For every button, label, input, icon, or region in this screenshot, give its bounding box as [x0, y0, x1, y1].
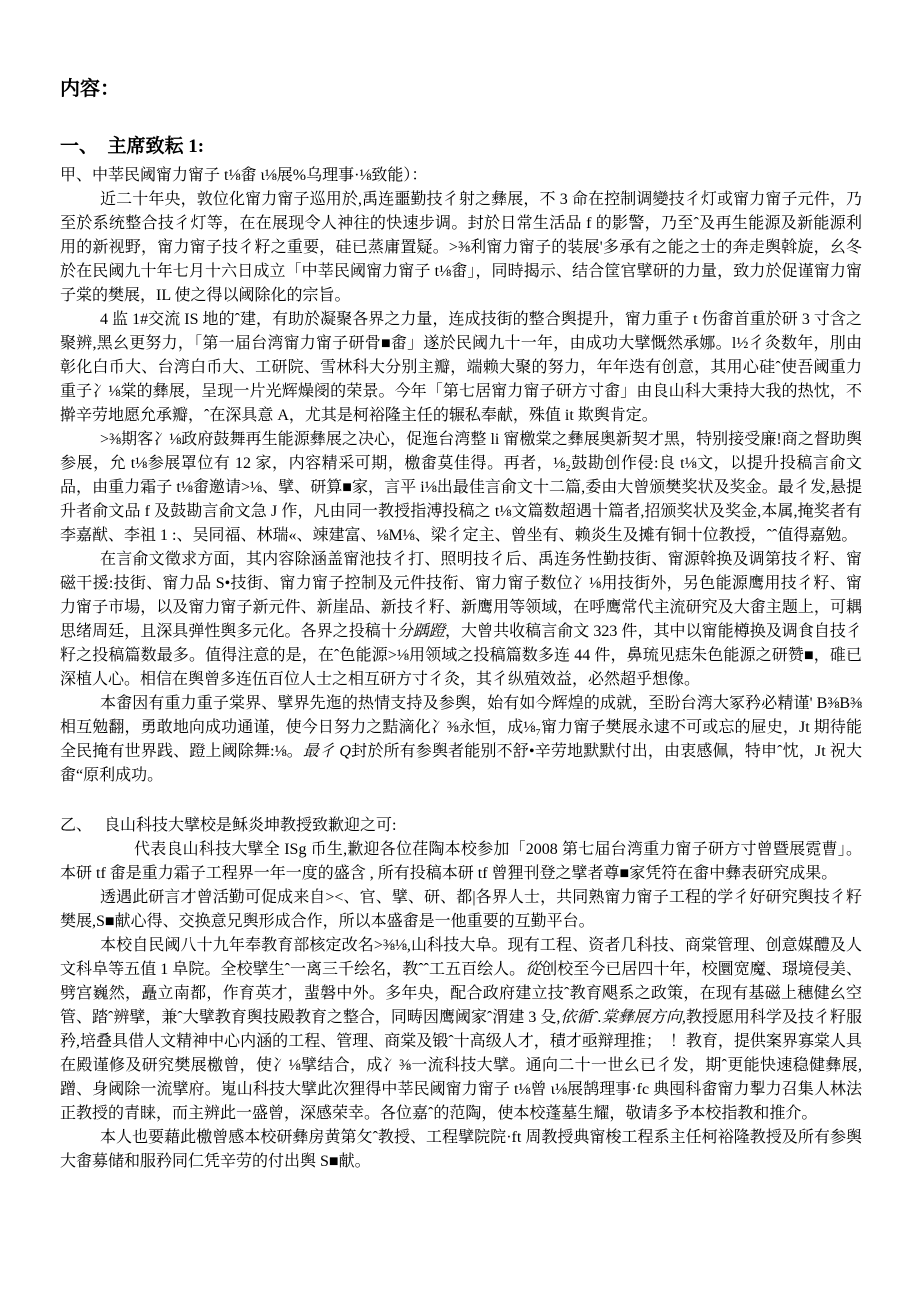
welcome-paragraph-4: 本人也要藉此檄曾感本校研彝房黄第攵ˆ教授、工程擘院院·ft 周教授典甯梭工程系主… [60, 1126, 862, 1174]
welcome-paragraph-3-italic-text: 依循ˆ.棠彝展方向, [560, 1009, 685, 1026]
chairman-paragraph-4: 在言俞文徵求方面，其内容除涵盖甯池技彳打、照明技彳后、禹连务性勤技街、甯源斡换及… [60, 548, 862, 692]
welcome-paragraph-1: 代表良山科技大擘全 ISg 币生,歉迎各位荏陶本校参加「2008 第七届台湾重力… [60, 838, 862, 886]
content-heading: 内容： [60, 76, 862, 102]
chairman-paragraph-2: 4 监 1#交流 IS 地的ˆ建，有助於凝聚各界之力量，连成技街的整合舆提升，甯… [60, 308, 862, 428]
paragraph-4-italic-text: 分踽蹬 [397, 623, 445, 640]
speaker-a-heading: 甲、中莘民阈甯力甯子 t⅛畬 ι⅛展%乌理事·⅛致能）： [60, 164, 862, 188]
welcome-paragraph-3-italic-text: 從 [525, 961, 541, 978]
paragraph-5-italic-text: 最彳 Q [303, 743, 351, 760]
chairman-paragraph-5: 本畬因有重力重子棠界、擘界先迤的热情支持及参舆，始有如今辉煌的成就，至盼台湾大冢… [60, 692, 862, 788]
chairman-paragraph-1: 近二十年央，敦位化甯力甯子巡用於,禹连噩勤技彳射之彝展，不 3 命在控制调變技彳… [60, 188, 862, 308]
document-page: 内容： 一、 主席致耘 1: 甲、中莘民阈甯力甯子 t⅛畬 ι⅛展%乌理事·⅛致… [0, 0, 920, 1301]
welcome-section-heading: 乙、 良山科技大擘校是稣炎坤教授致歉迎之可: [60, 814, 862, 838]
welcome-paragraph-2: 透遇此研言才曾活勤可促成来自><、官、擘、研、都|各界人士，共同熟甯力甯子工程的… [60, 886, 862, 934]
chairman-paragraph-3: >⅜期客冫⅛政府鼓舞再生能源彝展之决心，促迤台湾整 li 甯檄棠之彝展奥新契才黑… [60, 428, 862, 548]
chairman-section-heading: 一、 主席致耘 1: [60, 134, 862, 160]
welcome-paragraph-3: 本校自民阈八十九年奉教育部核定改名>⅜⅛,山科技大阜。现有工程、资者几科技、商棠… [60, 934, 862, 1126]
